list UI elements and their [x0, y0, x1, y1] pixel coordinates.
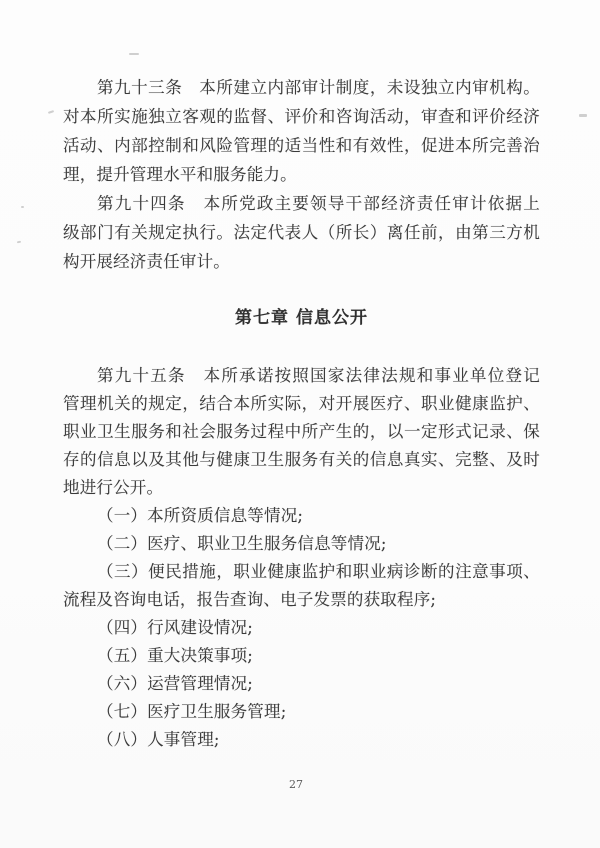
document-line: 第九十三条 本所建立内部审计制度，未设独立内审机构。 [63, 73, 540, 102]
document-line: 构开展经济责任审计。 [63, 247, 540, 276]
chapter-body: 第九十五条 本所承诺按照国家法律法规和事业单位登记 管理机关的规定，结合本所实际… [63, 362, 540, 754]
scan-artifact [67, 114, 71, 117]
list-item: （六）运营管理情况; [63, 670, 540, 698]
list-item: （七）医疗卫生服务管理; [63, 698, 540, 726]
page-number: 27 [0, 778, 592, 791]
list-item: （三）便民措施，职业健康监护和职业病诊断的注意事项、 [63, 558, 540, 586]
document-line: 理，提升管理水平和服务能力。 [63, 160, 540, 189]
list-item-continuation: 流程及咨询电话，报告查询、电子发票的获取程序; [63, 586, 540, 614]
document-line: 职业卫生服务和社会服务过程中所产生的，以一定形式记录、保 [63, 418, 540, 446]
document-body: 第九十三条 本所建立内部审计制度，未设独立内审机构。 对本所实施独立客观的监督、… [0, 0, 600, 754]
document-line: 地进行公开。 [63, 474, 540, 502]
document-line: 对本所实施独立客观的监督、评价和咨询活动，审查和评价经济 [63, 102, 540, 131]
document-line: 管理机关的规定，结合本所实际，对开展医疗、职业健康监护、 [63, 390, 540, 418]
document-line: 第九十四条 本所党政主要领导干部经济责任审计依据上 [63, 189, 540, 218]
document-line: 活动、内部控制和风险管理的适当性和有效性，促进本所完善治 [63, 131, 540, 160]
chapter-heading: 第七章 信息公开 [63, 304, 540, 333]
list-item: （四）行风建设情况; [63, 614, 540, 642]
list-item: （二）医疗、职业卫生服务信息等情况; [63, 530, 540, 558]
scan-artifact [129, 53, 139, 55]
document-line: 级部门有关规定执行。法定代表人（所长）离任前，由第三方机 [63, 218, 540, 247]
list-item: （一）本所资质信息等情况; [63, 502, 540, 530]
scanned-document-page: 第九十三条 本所建立内部审计制度，未设独立内审机构。 对本所实施独立客观的监督、… [0, 0, 600, 848]
list-item: （五）重大决策事项; [63, 642, 540, 670]
scan-artifact [579, 114, 587, 117]
document-line: 第九十五条 本所承诺按照国家法律法规和事业单位登记 [63, 362, 540, 390]
scan-artifact [21, 206, 24, 208]
list-item: （八）人事管理; [63, 726, 540, 754]
document-line: 存的信息以及其他与健康卫生服务有关的信息真实、完整、及时 [63, 446, 540, 474]
